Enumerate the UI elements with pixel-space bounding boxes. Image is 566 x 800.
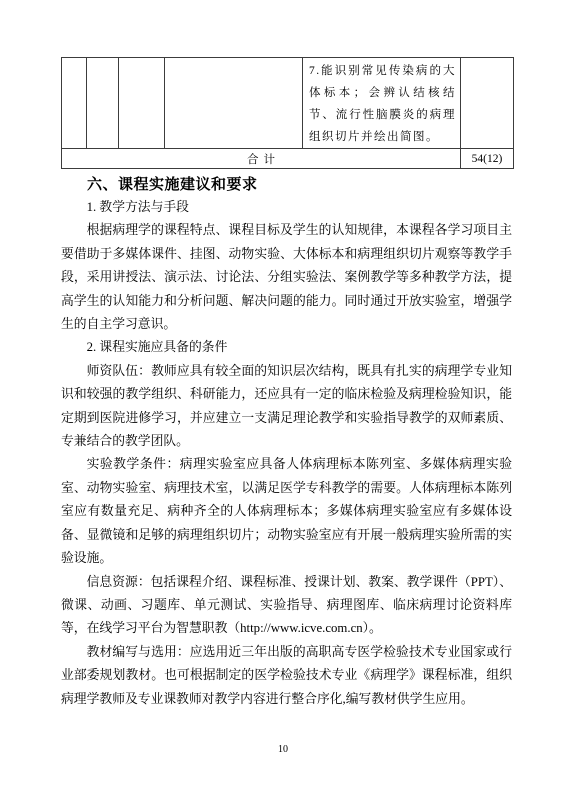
table-cell-empty-5 [461,58,514,149]
document-page: 7.能识别常见传染病的大体标本；会辨认结核结节、流行性脑膜炎的病理组织切片并绘出… [0,0,566,800]
paragraph-textbook-selection: 教材编写与选用：应选用近三年出版的高职高专医学检验技术专业国家或行业部委规划教材… [61,641,512,711]
table-cell-empty-4 [165,58,303,149]
paragraph-faculty-team: 师资队伍：教师应具有较全面的知识层次结构，既具有扎实的病理学专业知识和较强的教学… [61,360,512,454]
table-cell-empty-3 [119,58,165,149]
page-number: 10 [0,744,566,755]
section-heading: 六、课程实施建议和要求 [61,174,512,196]
paragraph-information-resources: 信息资源：包括课程介绍、课程标准、授课计划、教案、教学课件（PPT）、微课、动画… [61,571,512,641]
paragraph-lab-conditions: 实验教学条件：病理实验室应具备人体病理标本陈列室、多媒体病理实验室、动物实验室、… [61,453,512,570]
paragraph-teaching-methods: 根据病理学的课程特点、课程目标及学生的认知规律，本课程各学习项目主要借助于多媒体… [61,219,512,336]
course-schedule-table: 7.能识别常见传染病的大体标本；会辨认结核结节、流行性脑膜炎的病理组织切片并绘出… [61,57,514,169]
table-cell-empty-1 [62,58,87,149]
subheading-teaching-methods: 1. 教学方法与手段 [61,196,512,219]
section-content: 六、课程实施建议和要求 1. 教学方法与手段 根据病理学的课程特点、课程目标及学… [61,165,512,711]
table-cell-empty-2 [87,58,119,149]
table-row: 7.能识别常见传染病的大体标本；会辨认结核结节、流行性脑膜炎的病理组织切片并绘出… [62,58,514,149]
subheading-implementation-conditions: 2. 课程实施应具备的条件 [61,336,512,359]
skill-objective-cell: 7.能识别常见传染病的大体标本；会辨认结核结节、流行性脑膜炎的病理组织切片并绘出… [303,58,461,149]
section-body: 1. 教学方法与手段 根据病理学的课程特点、课程目标及学生的认知规律，本课程各学… [61,196,512,711]
